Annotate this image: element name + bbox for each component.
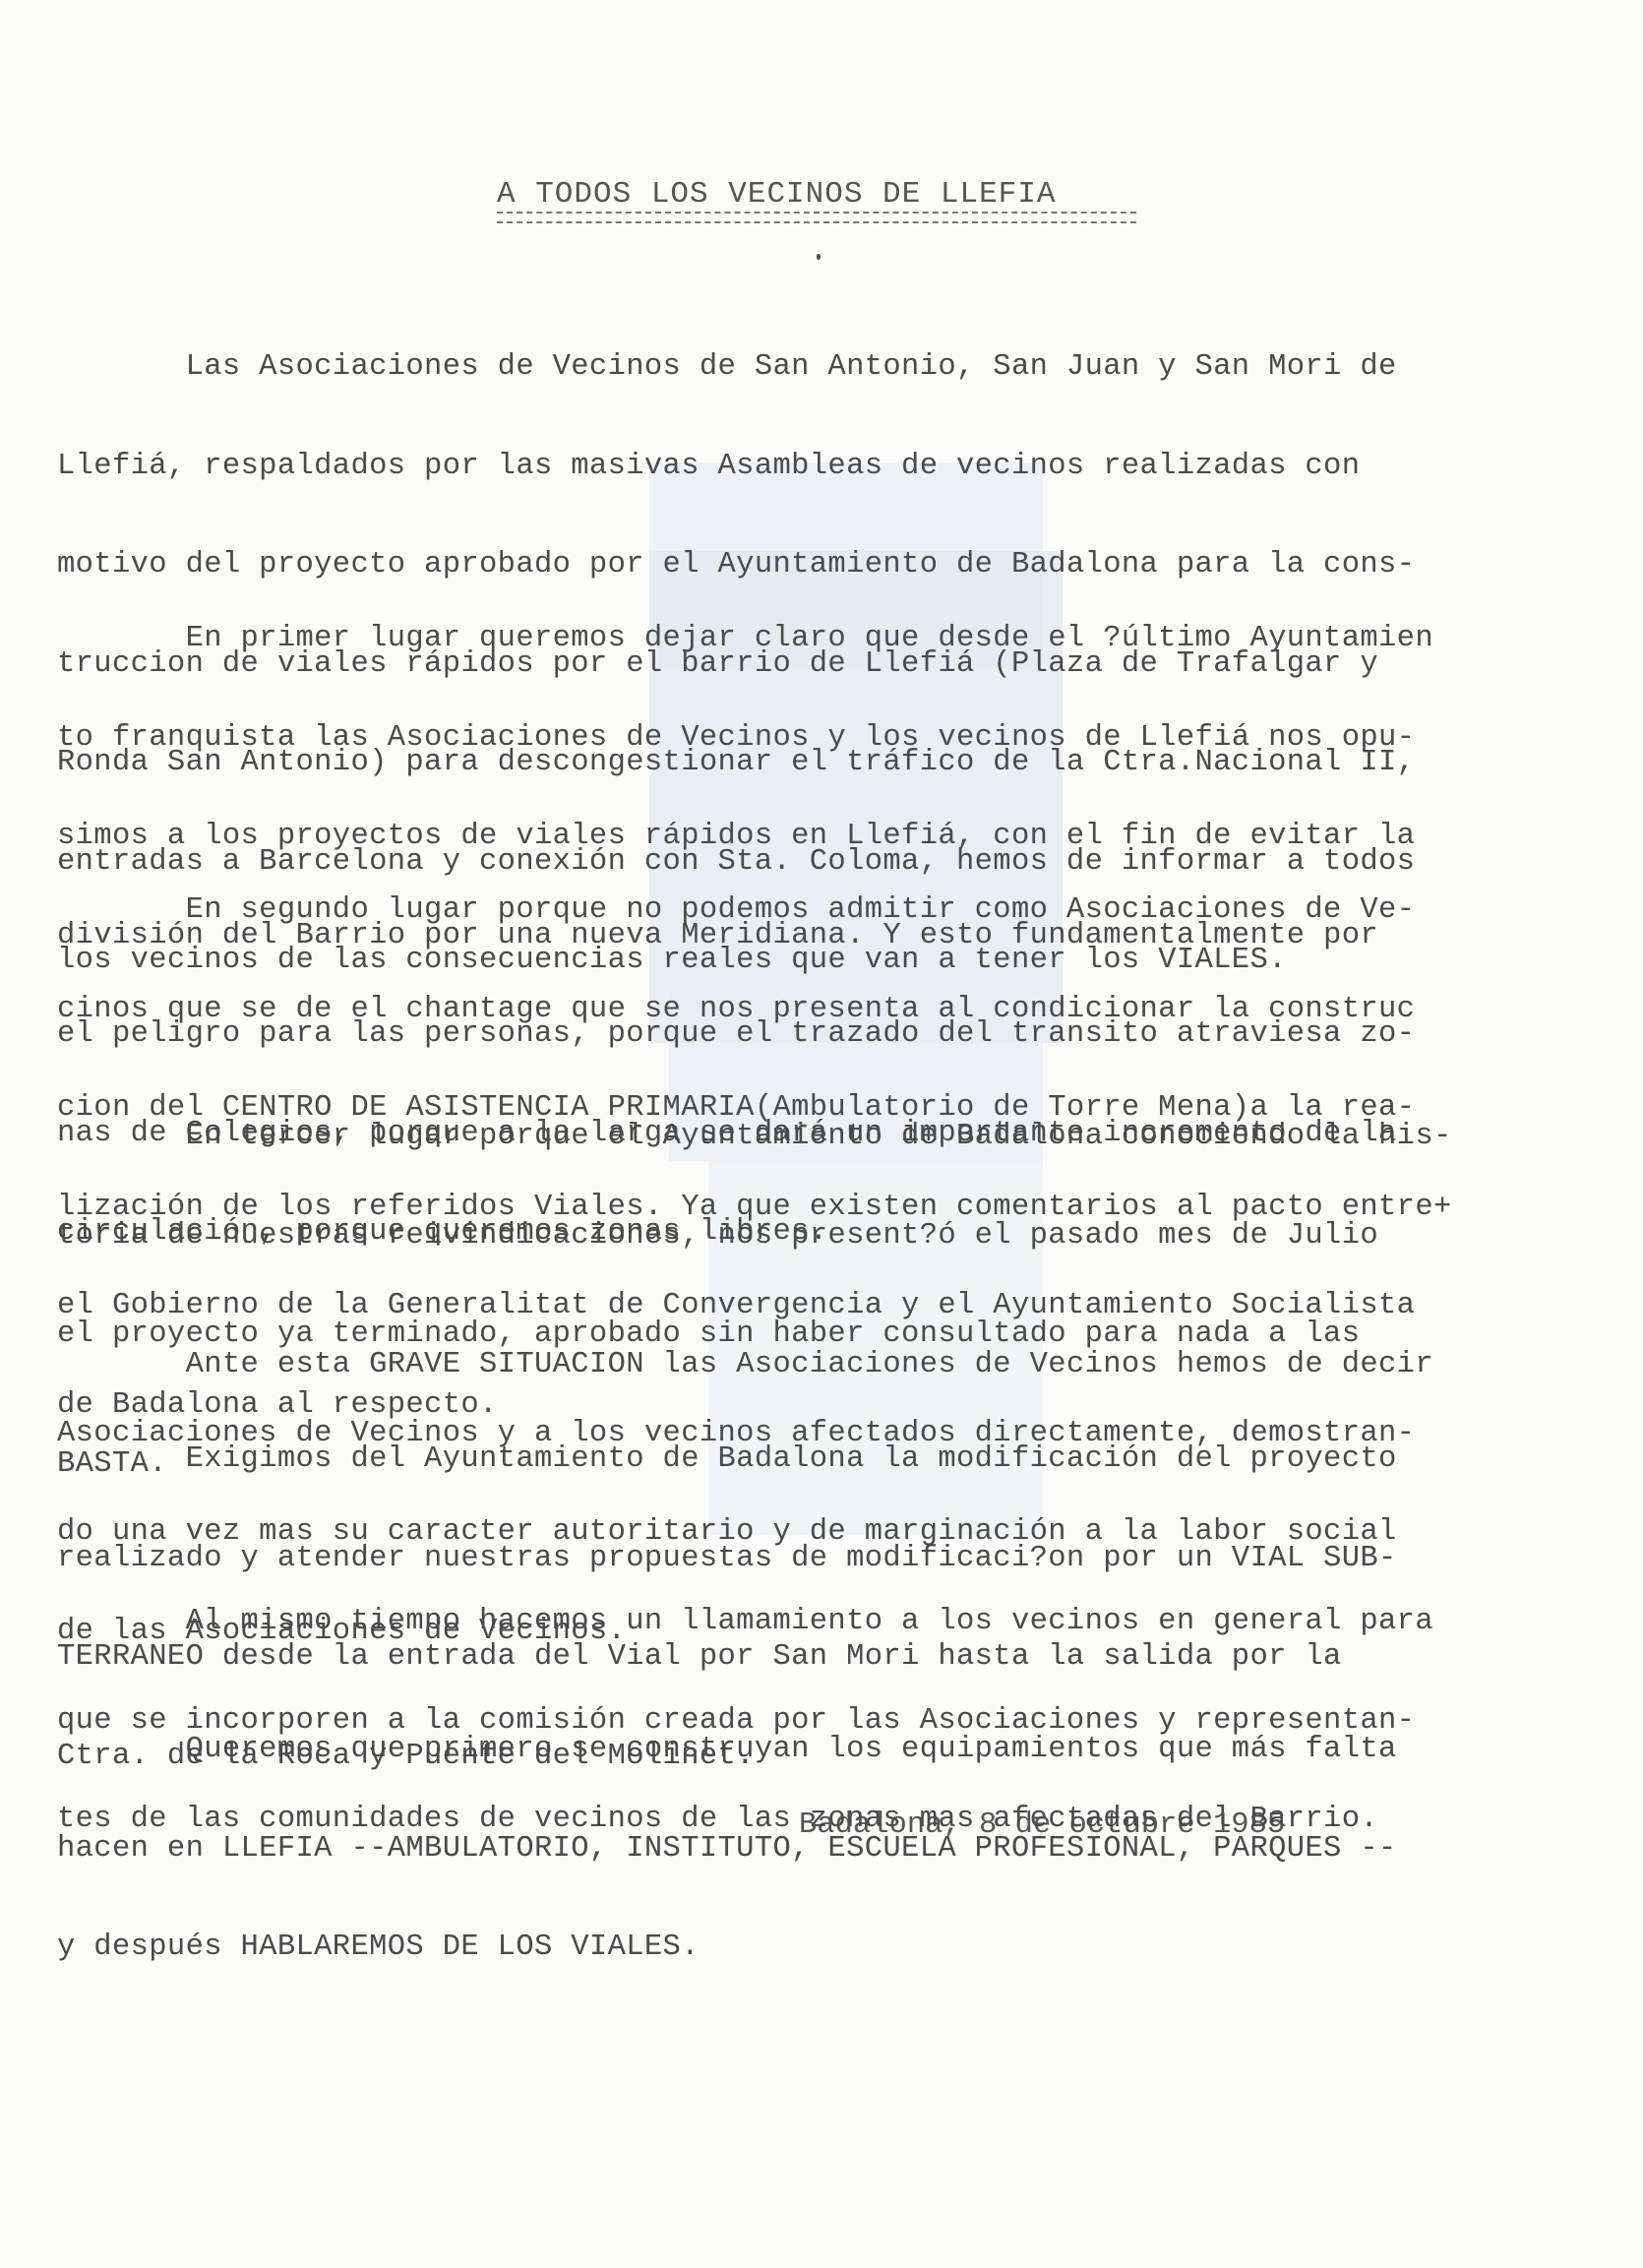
- document-title: A TODOS LOS VECINOS DE LLEFIA: [497, 177, 1057, 212]
- text-line: Exigimos del Ayuntamiento de Badalona la…: [57, 1443, 1533, 1477]
- text-line: Llefiá, respaldados por las masivas Asam…: [57, 451, 1533, 484]
- text-line: En primer lugar queremos dejar claro que…: [57, 623, 1533, 656]
- text-line: hacen en LLEFIA --AMBULATORIO, INSTITUTO…: [57, 1833, 1533, 1867]
- paragraph-equipamientos: Queremos que primero se construyan los e…: [57, 1668, 1533, 2031]
- text-line: Las Asociaciones de Vecinos de San Anton…: [57, 351, 1533, 385]
- text-line: to franquista las Asociaciones de Vecino…: [57, 722, 1533, 756]
- text-line: Queremos que primero se construyan los e…: [57, 1734, 1533, 1767]
- text-line: En tercer lugar porque el Ayuntamiento d…: [57, 1121, 1533, 1154]
- text-line: y después HABLAREMOS DE LOS VIALES.: [57, 1931, 1533, 1965]
- text-line: Al mismo tiempo hacemos un llamamiento a…: [57, 1606, 1533, 1639]
- title-double-underline: [497, 212, 1136, 223]
- text-line: cinos que se de el chantage que se nos p…: [57, 994, 1533, 1027]
- text-line: En segundo lugar porque no podemos admit…: [57, 894, 1533, 928]
- text-line: toria de nuestras reivindicaciones, nos …: [57, 1220, 1533, 1254]
- ink-mark: [817, 254, 821, 260]
